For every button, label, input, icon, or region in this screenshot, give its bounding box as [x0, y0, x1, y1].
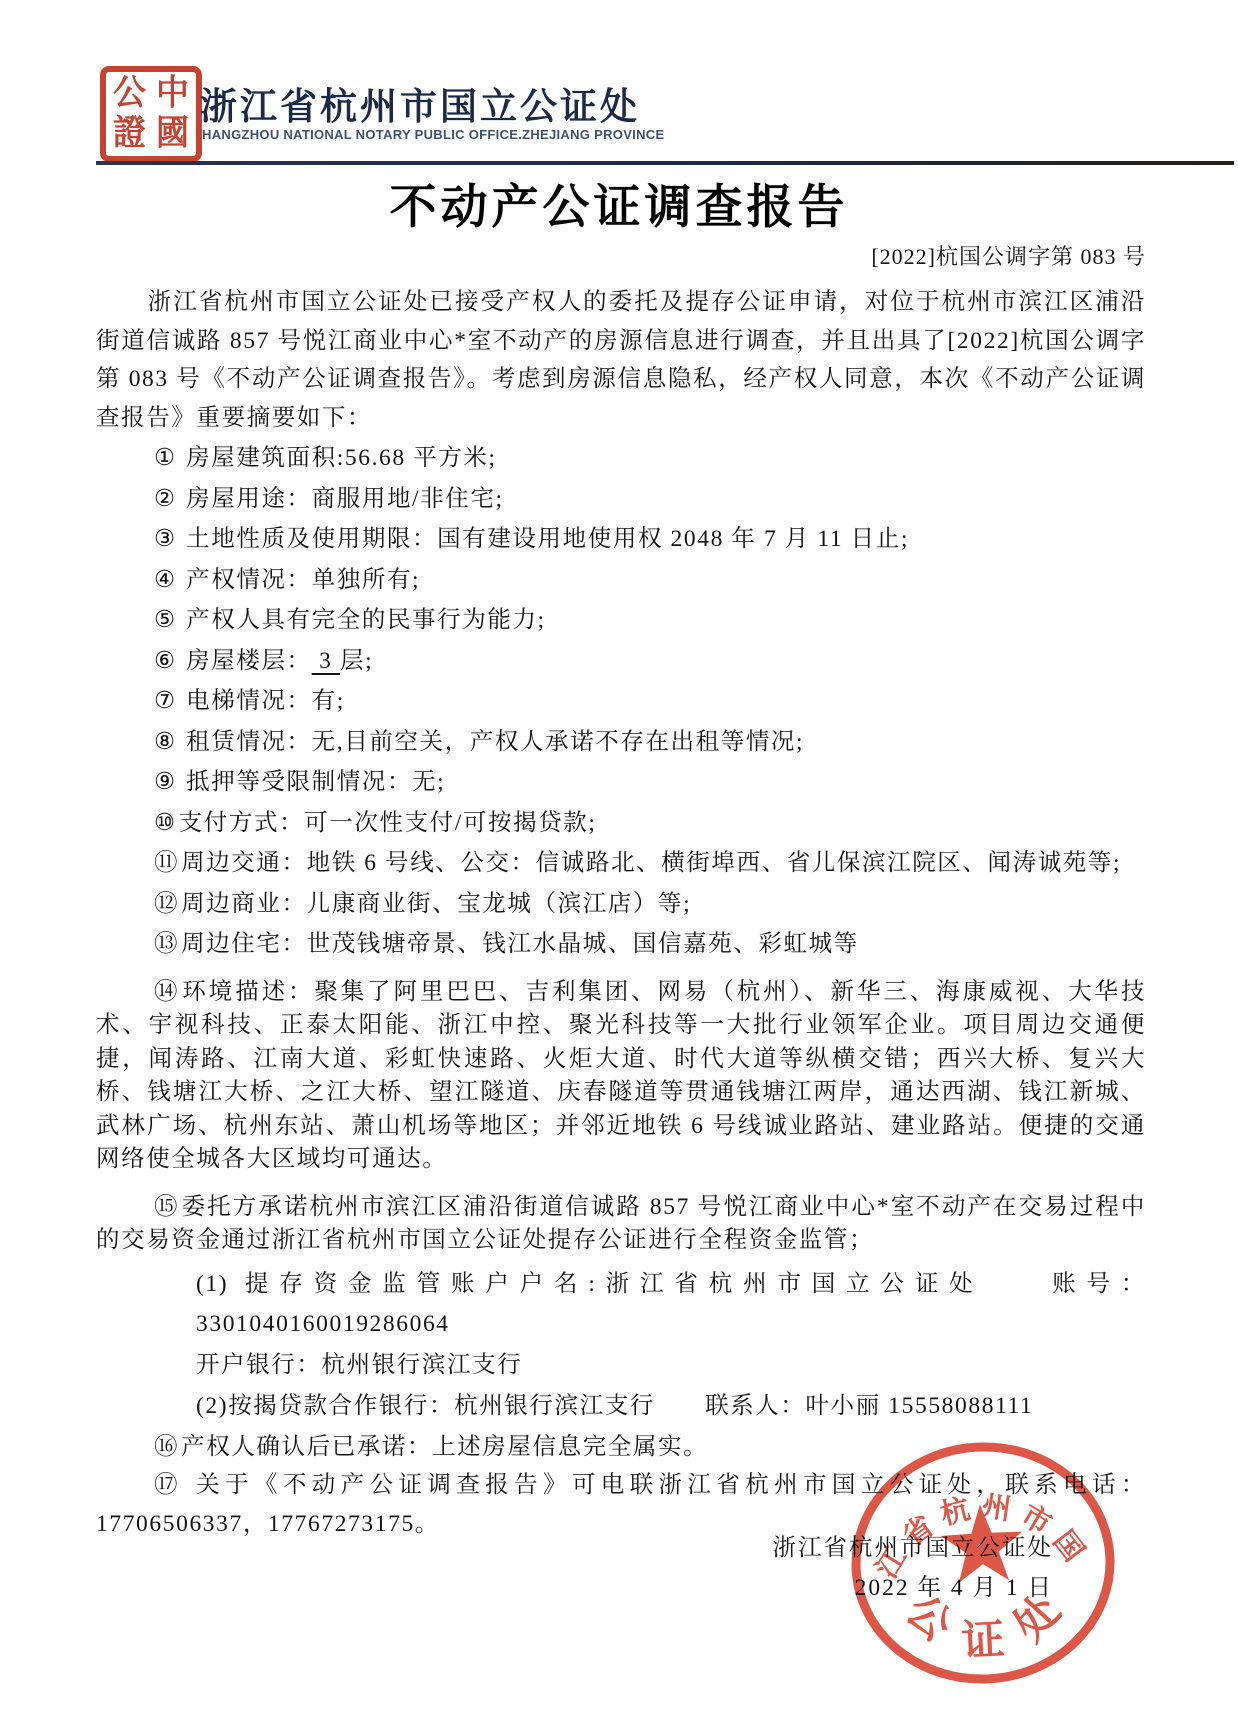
item-marker: ⑪: [154, 850, 179, 876]
floor-number-underlined: 3: [312, 648, 340, 674]
item-text: 房屋用途：商服用地/非住宅;: [179, 486, 504, 512]
stamp-bottom-text: 公 证 处: [895, 1579, 1077, 1670]
item-row: ⑪周边交通：地铁 6 号线、公交：信诚路北、横街埠西、省儿保滨江院区、闻涛诚苑等…: [96, 844, 1146, 883]
document-page: 公 中 證 國 浙江省杭州市国立公证处 HANGZHOU NATIONAL NO…: [0, 0, 1238, 1728]
item-marker: ⑧: [154, 729, 177, 755]
item-marker: ④: [154, 567, 177, 593]
item-marker: ⑨: [154, 769, 177, 795]
escrow-detail-line: (1) 提存资金监管账户户名:浙江省杭州市国立公证处 账号：3301040160…: [196, 1264, 1146, 1344]
item-row: ② 房屋用途：商服用地/非住宅;: [96, 480, 1146, 519]
seal-char: 中: [156, 77, 189, 112]
environment-paragraph: ⑭环境描述：聚集了阿里巴巴、吉利集团、网易（杭州）、新华三、海康威视、大华技术、…: [96, 976, 1146, 1177]
item-row: ① 房屋建筑面积:56.68 平方米;: [96, 439, 1146, 478]
seal-char: 公: [113, 77, 146, 112]
item-text: 周边商业：儿康商业街、宝龙城（滨江店）等;: [181, 891, 691, 917]
item-text: 房屋楼层： 3 层;: [179, 648, 374, 674]
item-row: ⑨ 抵押等受限制情况：无;: [96, 763, 1146, 802]
item-text: 层;: [340, 648, 373, 674]
item-text: 周边住宅：世茂钱塘帝景、钱江水晶城、国信嘉苑、彩虹城等: [181, 931, 859, 957]
item-text: 土地性质及使用期限：国有建设用地使用权 2048 年 7 月 11 日止;: [179, 526, 909, 552]
letterhead-divider: [96, 161, 1234, 165]
item-text: 支付方式：可一次性支付/可按揭贷款;: [179, 810, 597, 836]
item-marker: ⑦: [154, 688, 177, 714]
svg-text:公 证 处: 公 证 处: [895, 1579, 1077, 1670]
item-text: 产权人确认后已承诺：上述房屋信息完全属实。: [181, 1434, 708, 1460]
item-row: ⑤ 产权人具有完全的民事行为能力;: [96, 601, 1146, 640]
item-text: 电梯情况：有;: [179, 688, 345, 714]
doc-number: [2022]杭国公调字第 083 号: [96, 240, 1146, 271]
item-marker: ⑭: [154, 979, 180, 1005]
item-text: 产权人具有完全的民事行为能力;: [179, 607, 546, 633]
item-text: 产权情况：单独所有;: [179, 567, 421, 593]
notary-stamp-icon: 浙江省杭州市国立 公 证 处: [831, 1421, 1135, 1706]
item-text: 环境描述：聚集了阿里巴巴、吉利集团、网易（杭州）、新华三、海康威视、大华技术、宇…: [96, 979, 1146, 1173]
item-row: ⑦ 电梯情况：有;: [96, 682, 1146, 721]
item-text: 房屋建筑面积:56.68 平方米;: [179, 445, 497, 471]
item-row: ⑥ 房屋楼层： 3 层;: [96, 642, 1146, 681]
escrow-detail-line: (2)按揭贷款合作银行：杭州银行滨江支行 联系人：叶小丽 15558088111: [196, 1386, 1146, 1426]
item-text: 周边交通：地铁 6 号线、公交：信诚路北、横街埠西、省儿保滨江院区、闻涛诚苑等;: [181, 850, 1121, 876]
item-marker: ③: [154, 526, 177, 552]
intro-paragraph: 浙江省杭州市国立公证处已接受产权人的委托及提存公证申请，对位于杭州市滨江区浦沿街…: [96, 283, 1146, 437]
item-marker: ⑬: [154, 931, 179, 957]
item-marker: ⑥: [154, 648, 177, 674]
item-row: ⑬周边住宅：世茂钱塘帝景、钱江水晶城、国信嘉苑、彩虹城等: [96, 925, 1146, 964]
escrow-paragraph: ⑮委托方承诺杭州市滨江区浦沿街道信诚路 857 号悦江商业中心*室不动产在交易过…: [96, 1191, 1146, 1258]
item-text: 抵押等受限制情况：无;: [179, 769, 446, 795]
report-body: 浙江省杭州市国立公证处已接受产权人的委托及提存公证申请，对位于杭州市滨江区浦沿街…: [96, 283, 1146, 1543]
seal-char: 國: [156, 117, 189, 152]
item-marker: ⑫: [154, 891, 179, 917]
item-marker: ⑮: [154, 1194, 180, 1220]
item-marker: ②: [154, 486, 177, 512]
item-marker: ⑩: [154, 810, 177, 836]
item-text: 委托方承诺杭州市滨江区浦沿街道信诚路 857 号悦江商业中心*室不动产在交易过程…: [96, 1194, 1146, 1254]
item-text: 房屋楼层：: [179, 648, 312, 674]
item-row: ⑧ 租赁情况：无,目前空关，产权人承诺不存在出租等情况;: [96, 723, 1146, 762]
item-marker: ⑰: [154, 1472, 183, 1498]
item-text: 租赁情况：无,目前空关，产权人承诺不存在出租等情况;: [179, 729, 804, 755]
seal-char: 證: [113, 117, 146, 152]
item-row: ③ 土地性质及使用期限：国有建设用地使用权 2048 年 7 月 11 日止;: [96, 520, 1146, 559]
org-name-en: HANGZHOU NATIONAL NOTARY PUBLIC OFFICE.Z…: [202, 127, 664, 142]
report-title: 不动产公证调查报告: [0, 170, 1238, 237]
item-marker: ⑤: [154, 607, 177, 633]
escrow-detail-line: 开户银行：杭州银行滨江支行: [196, 1345, 1146, 1385]
report-items: ① 房屋建筑面积:56.68 平方米; ② 房屋用途：商服用地/非住宅; ③ 土…: [96, 439, 1146, 964]
notary-corner-seal-icon: 公 中 證 國: [100, 66, 202, 162]
org-name-cn: 浙江省杭州市国立公证处: [200, 76, 640, 130]
item-marker: ⑯: [154, 1434, 179, 1460]
item-marker: ①: [154, 445, 177, 471]
escrow-details: (1) 提存资金监管账户户名:浙江省杭州市国立公证处 账号：3301040160…: [96, 1264, 1146, 1426]
item-row: ⑫周边商业：儿康商业街、宝龙城（滨江店）等;: [96, 885, 1146, 924]
item-row: ⑩支付方式：可一次性支付/可按揭贷款;: [96, 804, 1146, 843]
item-row: ④ 产权情况：单独所有;: [96, 561, 1146, 600]
